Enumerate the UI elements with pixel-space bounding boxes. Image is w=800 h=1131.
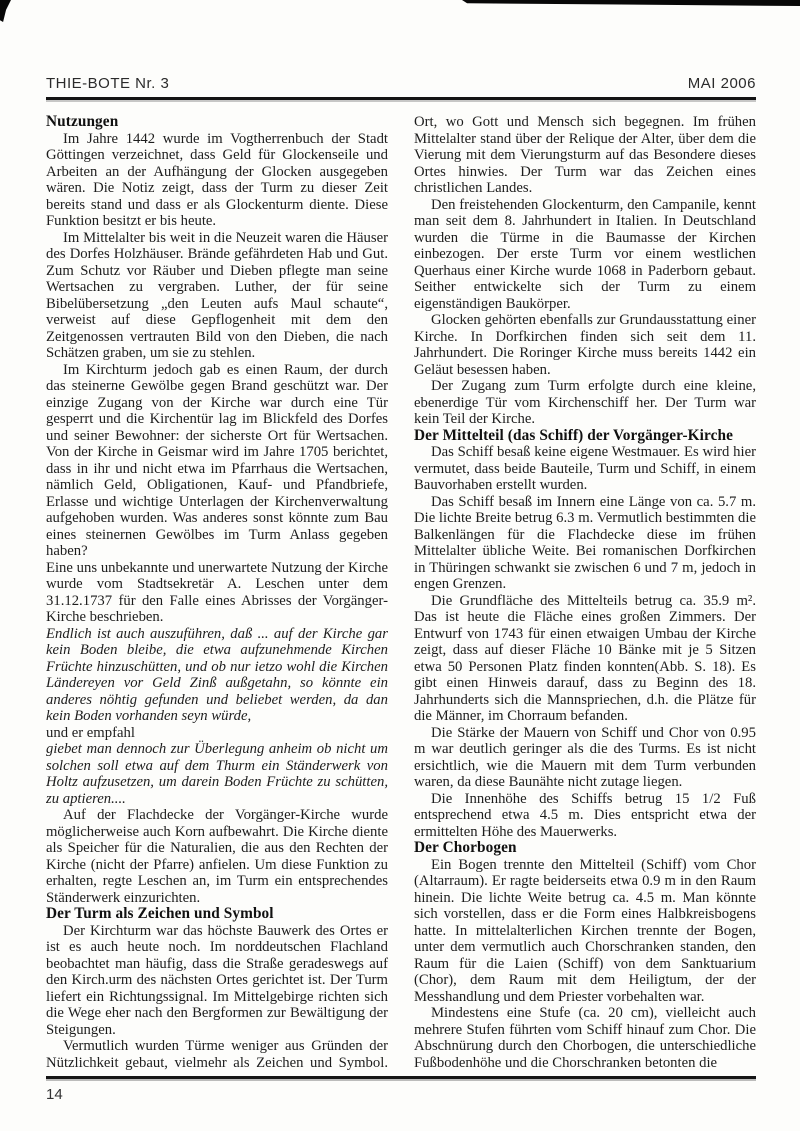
quote-paragraph: Endlich ist auch auszuführen, daß ... au… [46,626,388,725]
paragraph: Im Kirchturm jedoch gab es einen Raum, d… [46,362,388,560]
journal-title: THIE-BOTE Nr. 3 [46,75,169,92]
paragraph: Im Jahre 1442 wurde im Vogtherrenbuch de… [46,131,388,230]
paragraph: Vermutlich wurden Türme weniger aus Grün… [46,1038,388,1072]
scan-artifact-top-bar [462,0,800,6]
paragraph: Eine uns unbekannte und unerwartete Nutz… [46,560,388,626]
issue-date: MAI 2006 [688,75,756,92]
paragraph: Im Mittelalter bis weit in die Neuzeit w… [46,230,388,362]
paragraph: Den freistehenden Glockenturm, den Campa… [414,197,756,313]
paragraph: Die Innenhöhe des Schiffs betrug 15 1/2 … [414,791,756,841]
paragraph: Die Grundfläche des Mittelteils betrug c… [414,593,756,725]
paragraph: Der Kirchturm war das höchste Bauwerk de… [46,923,388,1039]
section-heading-turm-zeichen: Der Turm als Zeichen und Symbol [46,906,388,923]
paragraph: und er empfahl [46,725,388,742]
scanned-document-page: THIE-BOTE Nr. 3 MAI 2006 Nutzungen Im Ja… [0,0,800,1131]
section-heading-nutzungen: Nutzungen [46,114,388,131]
left-column: Nutzungen Im Jahre 1442 wurde im Vogther… [46,114,388,1072]
paragraph: Ort, wo Gott und Mensch sich begegnen. I… [414,114,756,197]
paragraph: Auf der Flachdecke der Vorgänger-Kirche … [46,807,388,906]
paragraph: Die Stärke der Mauern von Schiff und Cho… [414,725,756,791]
paragraph: Glocken gehörten ebenfalls zur Grundauss… [414,312,756,378]
page-header: THIE-BOTE Nr. 3 MAI 2006 [46,75,756,92]
paragraph: Mindestens eine Stufe (ca. 20 cm), viell… [414,1005,756,1071]
right-column: Ort, wo Gott und Mensch sich begegnen. I… [414,114,756,1072]
page-number: 14 [46,1086,63,1103]
paragraph: Ein Bogen trennte den Mittelteil (Schiff… [414,857,756,1006]
paragraph: Der Zugang zum Turm erfolgte durch eine … [414,378,756,428]
scan-artifact-corner [0,0,11,22]
section-heading-chorbogen: Der Chorbogen [414,840,756,857]
quote-paragraph: giebet man dennoch zur Überlegung anheim… [46,741,388,807]
footer-rule [46,1076,756,1079]
section-heading-mittelteil: Der Mittelteil (das Schiff) der Vorgänge… [414,428,756,445]
trailing-accent-line: die Hierarchie der Räume. [414,1071,756,1072]
paragraph: Das Schiff besaß keine eigene Westmauer.… [414,444,756,494]
header-rule [46,97,756,100]
paragraph: Das Schiff besaß im Innern eine Länge vo… [414,494,756,593]
article-body: Nutzungen Im Jahre 1442 wurde im Vogther… [46,114,756,1072]
